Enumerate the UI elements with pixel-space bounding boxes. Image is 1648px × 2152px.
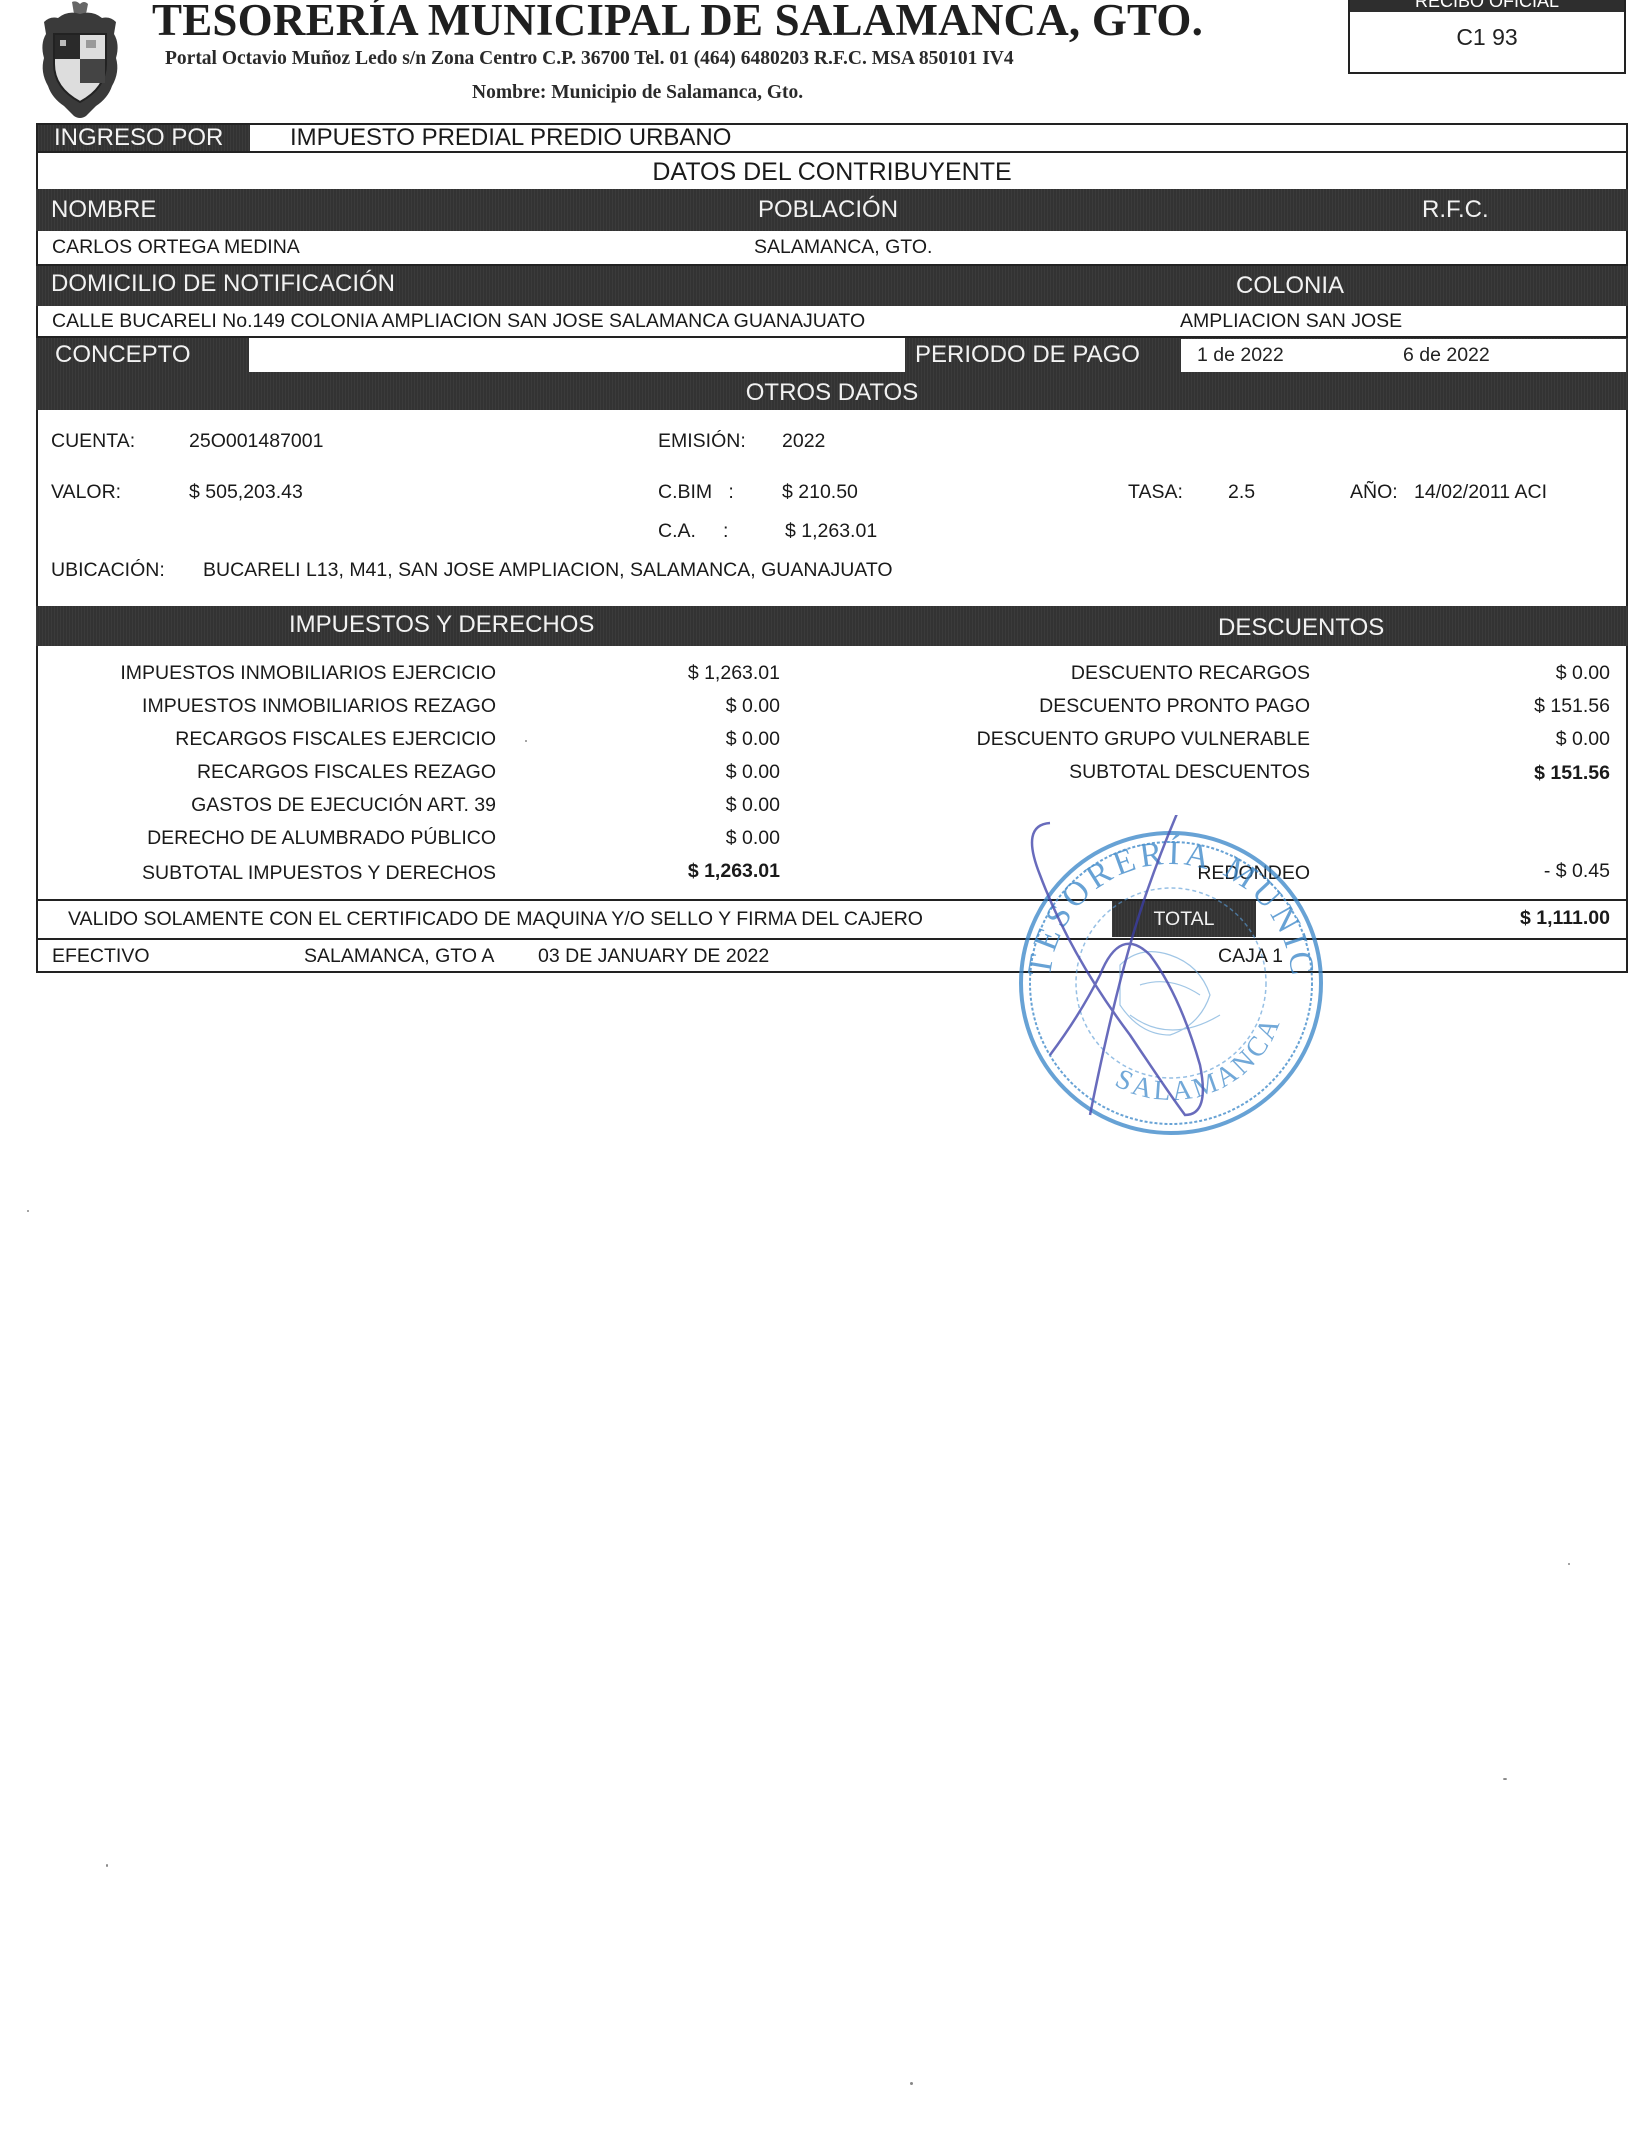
impuesto-amount: $ 0.00 [726,827,780,850]
domicilio-header: DOMICILIO DE NOTIFICACIÓN [51,270,395,298]
colonia-value: AMPLIACION SAN JOSE [1180,310,1402,333]
cuenta-value: 25O001487001 [189,430,323,453]
periodo-field: 1 de 2022 6 de 2022 [1181,339,1626,372]
scan-speck [106,1864,108,1867]
contribuyente-title-row: DATOS DEL CONTRIBUYENTE [36,153,1628,189]
domicilio-value: CALLE BUCARELI No.149 COLONIA AMPLIACION… [52,310,865,333]
ingreso-row: INGRESO POR IMPUESTO PREDIAL PREDIO URBA… [36,125,1628,152]
impuesto-amount: $ 0.00 [726,794,780,817]
recibo-number: C1 93 [1350,24,1624,51]
cuenta-label: CUENTA: [51,430,135,453]
periodo-label: PERIODO DE PAGO [915,341,1140,369]
concepto-row: CONCEPTO PERIODO DE PAGO 1 de 2022 6 de … [36,338,1628,374]
valor-label: VALOR: [51,481,121,504]
impuestos-body: IMPUESTOS INMOBILIARIOS EJERCICIO$ 1,263… [36,646,1628,900]
descuento-amount: $ 0.00 [1556,728,1610,751]
descuento-label: DESCUENTO PRONTO PAGO [1039,695,1310,718]
validez-note: VALIDO SOLAMENTE CON EL CERTIFICADO DE M… [68,908,923,931]
redondeo-label: REDONDEO [1197,862,1310,885]
scan-speck [910,2082,913,2085]
otros-datos-title: OTROS DATOS [36,379,1628,407]
ingreso-value: IMPUESTO PREDIAL PREDIO URBANO [290,124,731,152]
descuento-amount: $ 0.00 [1556,662,1610,685]
ca-label: C.A. : [658,520,728,543]
tasa-value: 2.5 [1228,481,1255,504]
ubicacion-label: UBICACIÓN: [51,559,165,582]
impuesto-label: RECARGOS FISCALES REZAGO [197,761,496,784]
scan-speck [1568,1563,1570,1565]
total-label: TOTAL [1112,908,1256,931]
emision-label: EMISIÓN: [658,430,746,453]
lugar: SALAMANCA, GTO A [304,945,494,968]
fecha: 03 DE JANUARY DE 2022 [538,945,769,968]
nombre-row: CARLOS ORTEGA MEDINA SALAMANCA, GTO. [36,231,1628,265]
impuesto-label: GASTOS DE EJECUCIÓN ART. 39 [191,794,496,817]
nombre-header-bar: NOMBRE POBLACIÓN R.F.C. [36,189,1628,231]
ubicacion-value: BUCARELI L13, M41, SAN JOSE AMPLIACION, … [203,559,893,582]
colonia-header: COLONIA [1236,272,1344,300]
otros-datos-bar: OTROS DATOS [36,374,1628,410]
descuentos-subtotal-amount: $ 151.56 [1534,762,1610,785]
contribuyente-section-title: DATOS DEL CONTRIBUYENTE [38,158,1626,187]
ca-value: $ 1,263.01 [785,520,877,543]
impuesto-label: IMPUESTOS INMOBILIARIOS REZAGO [142,695,496,718]
nombre-value: CARLOS ORTEGA MEDINA [52,236,300,259]
impuestos-subtotal-amount: $ 1,263.01 [688,860,780,883]
otros-datos-body: CUENTA: 25O001487001 EMISIÓN: 2022 VALOR… [36,410,1628,606]
tasa-label: TASA: [1128,481,1183,504]
impuestos-title: IMPUESTOS Y DERECHOS [289,611,594,639]
recibo-oficial-box: RECIBO OFICIAL C1 93 [1348,0,1626,74]
total-row: VALIDO SOLAMENTE CON EL CERTIFICADO DE M… [36,901,1628,939]
caja: CAJA 1 [1218,945,1283,968]
impuesto-amount: $ 1,263.01 [688,662,780,685]
periodo-hasta: 6 de 2022 [1403,344,1490,367]
descuento-label: DESCUENTO RECARGOS [1071,662,1310,685]
svg-text:SALAMANCA: SALAMANCA [1110,1011,1287,1108]
poblacion-header: POBLACIÓN [758,196,898,224]
scan-speck [1503,1778,1507,1780]
descuento-label: DESCUENTO GRUPO VULNERABLE [977,728,1310,751]
domicilio-row: CALLE BUCARELI No.149 COLONIA AMPLIACION… [36,306,1628,337]
descuentos-subtotal-label: SUBTOTAL DESCUENTOS [1069,761,1310,784]
recibo-oficial-label: RECIBO OFICIAL [1350,0,1624,12]
table-bottom-border [36,971,1628,973]
scan-speck [27,1210,29,1212]
impuestos-subtotal-label: SUBTOTAL IMPUESTOS Y DERECHOS [142,862,496,885]
cbim-label: C.BIM : [658,481,734,504]
ingreso-label: INGRESO POR [54,124,223,152]
valor-value: $ 505,203.43 [189,481,303,504]
ingreso-label-cell: INGRESO POR [38,125,250,152]
forma-pago: EFECTIVO [52,945,150,968]
concepto-field [249,338,905,372]
redondeo-amount: - $ 0.45 [1544,860,1610,883]
total-amount: $ 1,111.00 [1520,907,1610,930]
pago-row: EFECTIVO SALAMANCA, GTO A 03 DE JANUARY … [36,940,1628,972]
periodo-desde: 1 de 2022 [1197,344,1284,367]
descuento-amount: $ 151.56 [1534,695,1610,718]
municipality-name: Nombre: Municipio de Salamanca, Gto. [472,82,803,104]
cbim-value: $ 210.50 [782,481,858,504]
impuesto-amount: $ 0.00 [726,728,780,751]
treasury-title: TESORERÍA MUNICIPAL DE SALAMANCA, GTO. [152,0,1203,46]
nombre-header: NOMBRE [51,196,156,224]
impuestos-descuentos-bar: IMPUESTOS Y DERECHOS DESCUENTOS [36,606,1628,646]
emision-value: 2022 [782,430,825,453]
domicilio-header-bar: DOMICILIO DE NOTIFICACIÓN COLONIA [36,266,1628,306]
municipal-crest-icon [30,0,130,122]
impuesto-label: DERECHO DE ALUMBRADO PÚBLICO [147,827,496,850]
anio-label: AÑO: [1350,481,1398,504]
treasury-address: Portal Octavio Muñoz Ledo s/n Zona Centr… [165,48,1014,70]
poblacion-value: SALAMANCA, GTO. [754,236,932,259]
concepto-label: CONCEPTO [55,341,191,369]
impuesto-label: RECARGOS FISCALES EJERCICIO [175,728,496,751]
rfc-header: R.F.C. [1422,196,1489,224]
scan-speck [525,740,527,742]
impuesto-amount: $ 0.00 [726,695,780,718]
impuesto-label: IMPUESTOS INMOBILIARIOS EJERCICIO [120,662,496,685]
anio-value: 14/02/2011 ACI [1414,481,1547,504]
total-label-cell: TOTAL [1112,901,1256,937]
descuentos-title: DESCUENTOS [1218,614,1384,642]
impuesto-amount: $ 0.00 [726,761,780,784]
